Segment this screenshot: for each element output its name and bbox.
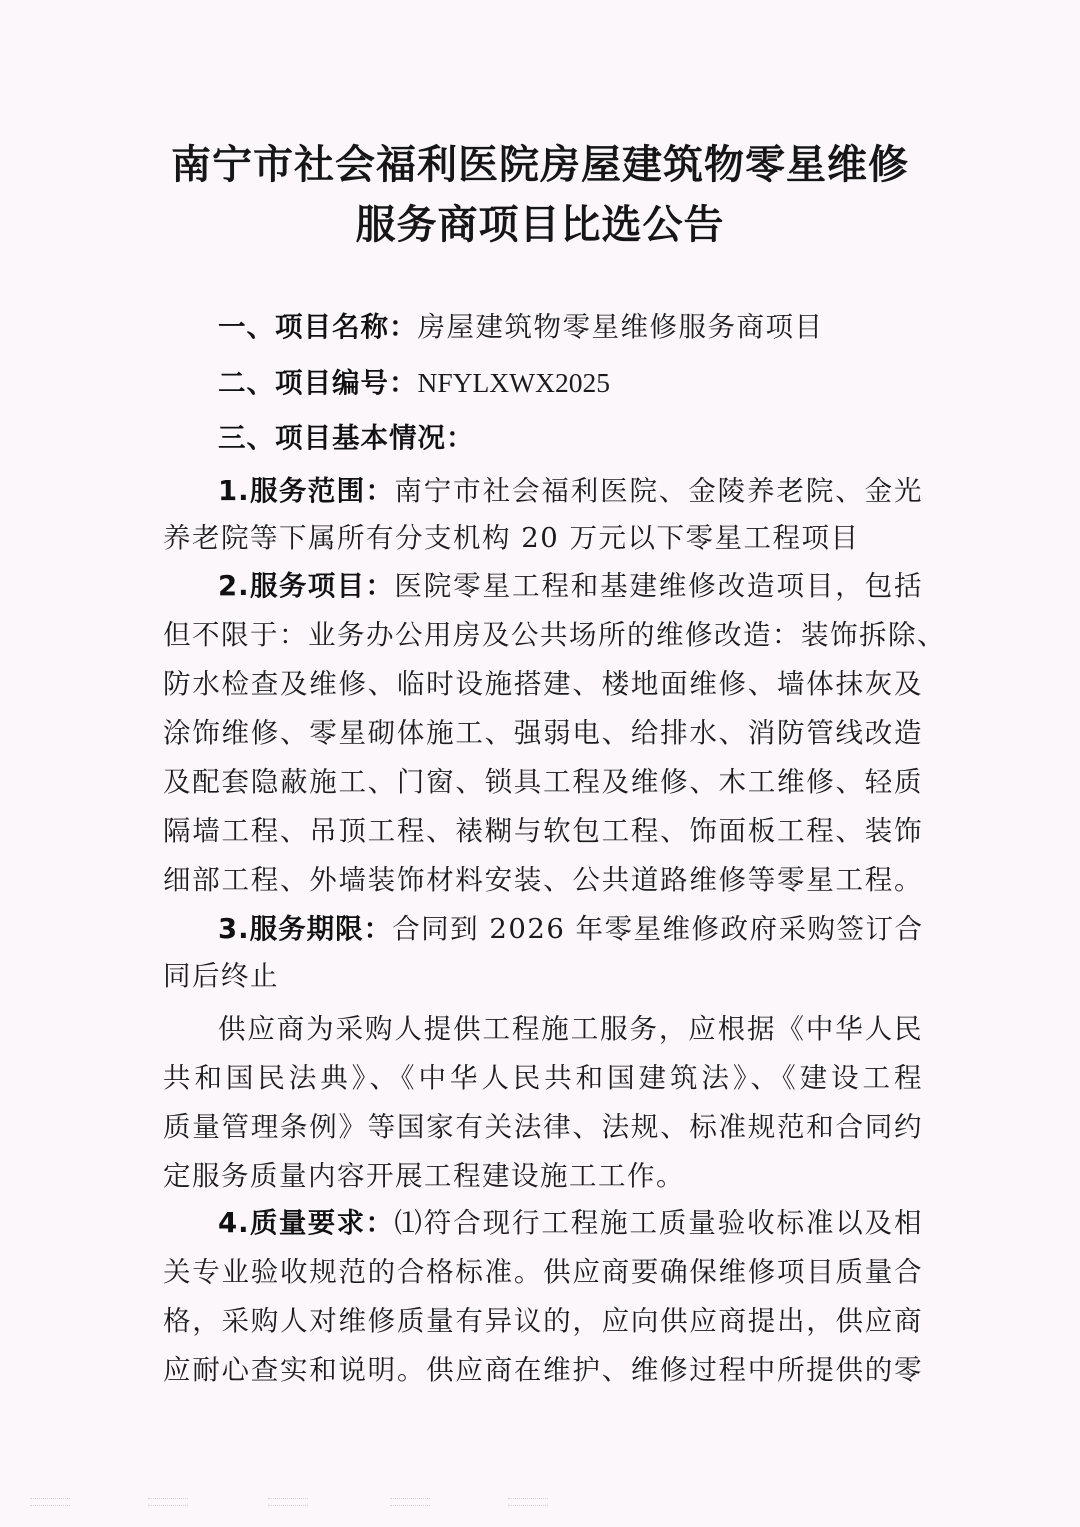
document-page: 南宁市社会福利医院房屋建筑物零星维修 服务商项目比选公告 一、项目名称：房屋建筑…: [0, 0, 1080, 1527]
item-service-items-text-1: 医院零星工程和基建维修改造项目，包括: [394, 570, 923, 602]
item-service-scope-label: 1.服务范围：: [218, 475, 394, 507]
section-project-name-value: 房屋建筑物零星维修服务商项目: [418, 311, 824, 343]
paragraph-line-2: 共和国民法典》、《中华人民共和国建筑法》、《建设工程: [163, 1061, 923, 1095]
section-project-name: 一、项目名称：房屋建筑物零星维修服务商项目: [218, 310, 923, 344]
paragraph-line-3: 质量管理条例》等国家有关法律、法规、标准规范和合同约: [163, 1110, 923, 1144]
item-quality-line-3: 格，采购人对维修质量有异议的，应向供应商提出，供应商: [163, 1304, 923, 1338]
item-service-items-line-6: 隔墙工程、吊顶工程、裱糊与软包工程、饰面板工程、装饰: [163, 814, 923, 848]
item-service-items-line-3: 防水检查及维修、临时设施搭建、楼地面维修、墙体抹灰及: [163, 667, 923, 701]
item-service-items-line-5: 及配套隐蔽施工、门窗、锁具工程及维修、木工维修、轻质: [163, 765, 923, 799]
paragraph-line-4: 定服务质量内容开展工程建设施工工作。: [163, 1159, 923, 1193]
section-project-number-value: NFYLXWX2025: [418, 367, 611, 398]
document-title-line-2: 服务商项目比选公告: [0, 193, 1080, 250]
item-quality-line-2: 关专业验收规范的合格标准。供应商要确保维修项目质量合: [163, 1255, 923, 1289]
scan-mark: [508, 1498, 548, 1506]
item-service-items-label: 2.服务项目：: [218, 570, 394, 602]
item-quality-label: 4.质量要求：: [218, 1207, 394, 1239]
document-title-line-1: 南宁市社会福利医院房屋建筑物零星维修: [0, 133, 1080, 190]
section-basic-info-label: 三、项目基本情况：: [218, 422, 475, 454]
item-service-scope-line-1: 1.服务范围：南宁市社会福利医院、金陵养老院、金光: [218, 474, 923, 508]
item-service-period-label: 3.服务期限：: [218, 913, 392, 945]
section-project-name-label: 一、项目名称：: [218, 311, 418, 343]
scan-mark: [390, 1498, 430, 1506]
section-basic-info: 三、项目基本情况：: [218, 421, 923, 455]
item-service-scope-line-2: 养老院等下属所有分支机构 20 万元以下零星工程项目: [163, 521, 923, 555]
item-service-period-text-1: 合同到 2026 年零星维修政府采购签订合: [392, 913, 923, 945]
scan-mark: [268, 1498, 308, 1506]
item-quality-line-1: 4.质量要求：⑴符合现行工程施工质量验收标准以及相: [218, 1206, 923, 1240]
item-quality-line-4: 应耐心查实和说明。供应商在维护、维修过程中所提供的零: [163, 1353, 923, 1387]
item-service-scope-text-1: 南宁市社会福利医院、金陵养老院、金光: [394, 475, 923, 507]
scan-mark: [30, 1498, 70, 1506]
paragraph-line-1: 供应商为采购人提供工程施工服务，应根据《中华人民: [218, 1012, 923, 1046]
section-project-number: 二、项目编号：NFYLXWX2025: [218, 366, 923, 400]
item-service-items-line-2: 但不限于：业务办公用房及公共场所的维修改造：装饰拆除、: [163, 618, 923, 652]
item-service-items-line-7: 细部工程、外墙装饰材料安装、公共道路维修等零星工程。: [163, 863, 923, 897]
item-service-period-line-2: 同后终止: [163, 959, 923, 993]
item-service-items-line-4: 涂饰维修、零星砌体施工、强弱电、给排水、消防管线改造: [163, 716, 923, 750]
scan-mark: [148, 1498, 188, 1506]
scan-artifacts: [0, 1498, 1080, 1518]
section-project-number-label: 二、项目编号：: [218, 367, 418, 399]
item-quality-text-1: ⑴符合现行工程施工质量验收标准以及相: [394, 1207, 923, 1239]
item-service-items-line-1: 2.服务项目：医院零星工程和基建维修改造项目，包括: [218, 569, 923, 603]
item-service-period-line-1: 3.服务期限：合同到 2026 年零星维修政府采购签订合: [218, 912, 923, 946]
